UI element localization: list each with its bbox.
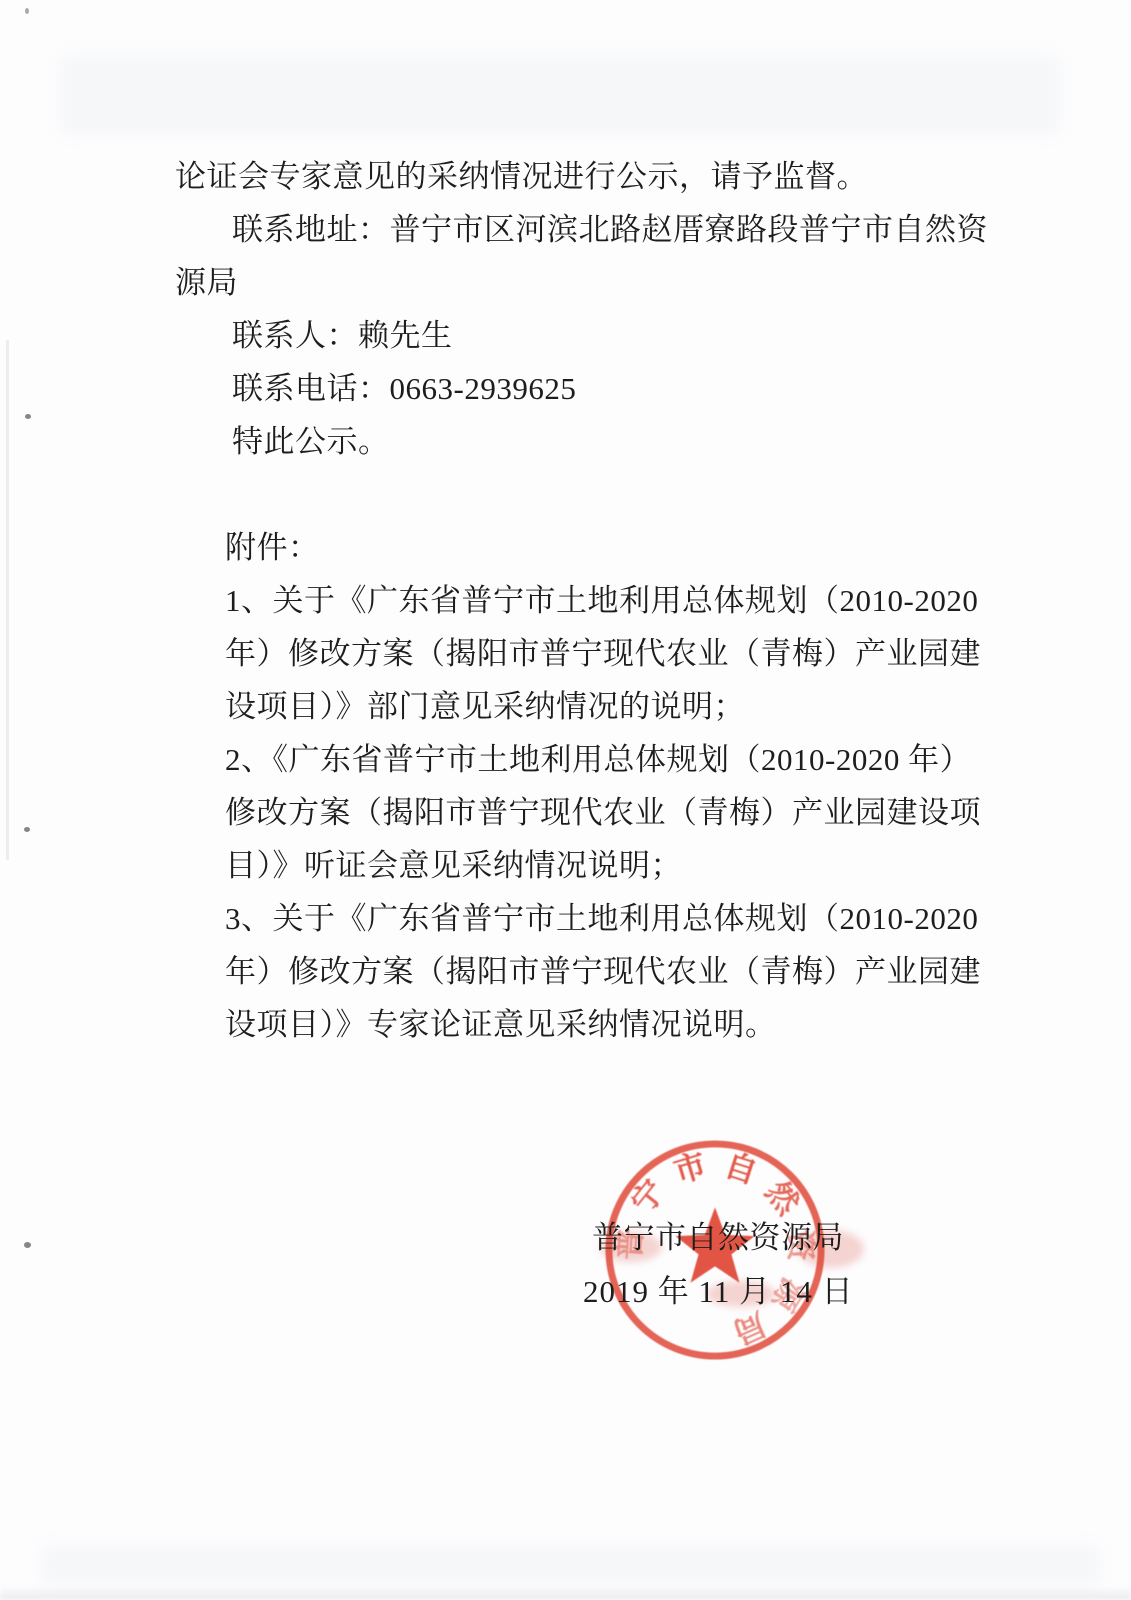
attachment-item-2-line-3: 目）》听证会意见采纳情况说明； <box>225 839 985 892</box>
signature-agency: 普宁市自然资源局 <box>592 1218 844 1258</box>
contact-person-line: 联系人：赖先生 <box>175 309 985 362</box>
attachment-item-1-line-1: 1、关于《广东省普宁市土地利用总体规划（2010-2020 <box>225 574 985 627</box>
attachment-item-3-line-2: 年）修改方案（揭阳市普宁现代农业（青梅）产业园建 <box>225 945 985 998</box>
attachment-item-2-line-1: 2、《广东省普宁市土地利用总体规划（2010-2020 年） <box>225 733 985 786</box>
contact-address-line2: 源局 <box>175 256 985 309</box>
contact-phone-line: 联系电话：0663-2939625 <box>175 362 985 415</box>
signature-date: 2019 年 11 月 14 日 <box>583 1272 854 1312</box>
margin-speck <box>24 1242 31 1248</box>
attachment-item-3-line-3: 设项目）》专家论证意见采纳情况说明。 <box>225 998 985 1051</box>
margin-speck <box>24 827 30 832</box>
scanned-document-page: 论证会专家意见的采纳情况进行公示，请予监督。 联系地址：普宁市区河滨北路赵厝寮路… <box>0 0 1131 1600</box>
scan-bleedthrough-bottom <box>40 1545 1100 1585</box>
scan-bottom-smudge <box>0 1586 1131 1600</box>
contact-address-line1: 联系地址：普宁市区河滨北路赵厝寮路段普宁市自然资 <box>175 203 985 256</box>
scan-edge-artifact <box>6 340 9 860</box>
margin-speck <box>25 414 31 419</box>
attachments-list: 附件： 1、关于《广东省普宁市土地利用总体规划（2010-2020 年）修改方案… <box>225 521 985 1051</box>
body-line-continuation: 论证会专家意见的采纳情况进行公示，请予监督。 <box>175 150 985 203</box>
attachment-item-3-line-1: 3、关于《广东省普宁市土地利用总体规划（2010-2020 <box>225 892 985 945</box>
closing-line: 特此公示。 <box>175 415 985 468</box>
attachment-item-1-line-2: 年）修改方案（揭阳市普宁现代农业（青梅）产业园建 <box>225 627 985 680</box>
seal-char: 市 <box>670 1147 711 1190</box>
scan-bleedthrough-top <box>60 55 1060 135</box>
notice-body: 论证会专家意见的采纳情况进行公示，请予监督。 联系地址：普宁市区河滨北路赵厝寮路… <box>175 150 985 1051</box>
attachments-heading: 附件： <box>225 521 985 574</box>
attachment-item-1-line-3: 设项目）》部门意见采纳情况的说明； <box>225 680 985 733</box>
blank-line <box>175 468 985 521</box>
attachment-item-2-line-2: 修改方案（揭阳市普宁现代农业（青梅）产业园建设项 <box>225 786 985 839</box>
margin-speck <box>25 8 29 14</box>
